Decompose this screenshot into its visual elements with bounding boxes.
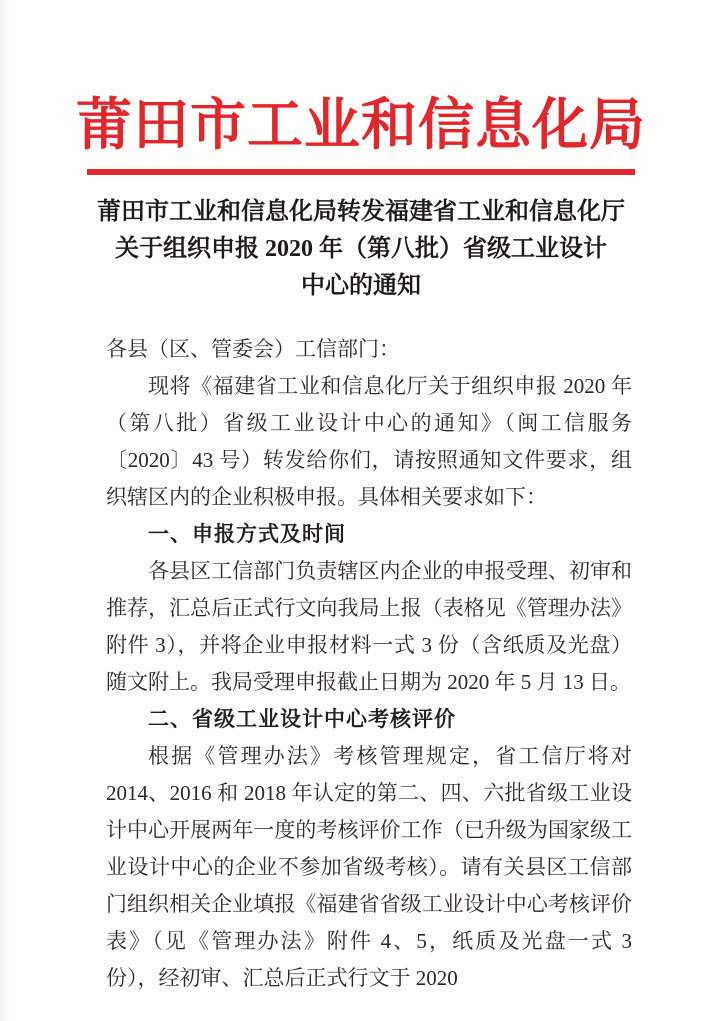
document-title-line-2: 关于组织申报 2020 年（第八批）省级工业设计 xyxy=(60,231,662,268)
document-title: 莆田市工业和信息化局转发福建省工业和信息化厅 关于组织申报 2020 年（第八批… xyxy=(60,194,662,305)
section-1-paragraph: 各县区工信部门负责辖区内企业的申报受理、初审和推荐，汇总后正式行文向我局上报（表… xyxy=(106,553,632,701)
section-2-paragraph: 根据《管理办法》考核管理规定，省工信厅将对 2014、2016 和 2018 年… xyxy=(106,738,632,997)
section-1-heading: 一、申报方式及时间 xyxy=(106,516,632,553)
salutation: 各县（区、管委会）工信部门： xyxy=(106,331,632,368)
section-2-heading: 二、省级工业设计中心考核评价 xyxy=(106,701,632,738)
letterhead-double-rule xyxy=(87,169,635,175)
document-body: 各县（区、管委会）工信部门： 现将《福建省工业和信息化厅关于组织申报 2020 … xyxy=(106,331,632,997)
document-title-line-3: 中心的通知 xyxy=(60,268,662,305)
letterhead-agency-name: 莆田市工业和信息化局 xyxy=(34,96,688,158)
document-page: 莆田市工业和信息化局 莆田市工业和信息化局转发福建省工业和信息化厅 关于组织申报… xyxy=(0,0,722,1021)
document-title-line-1: 莆田市工业和信息化局转发福建省工业和信息化厅 xyxy=(60,194,662,231)
scan-edge-shading xyxy=(0,0,10,1021)
intro-paragraph: 现将《福建省工业和信息化厅关于组织申报 2020 年（第八批）省级工业设计中心的… xyxy=(106,368,632,516)
